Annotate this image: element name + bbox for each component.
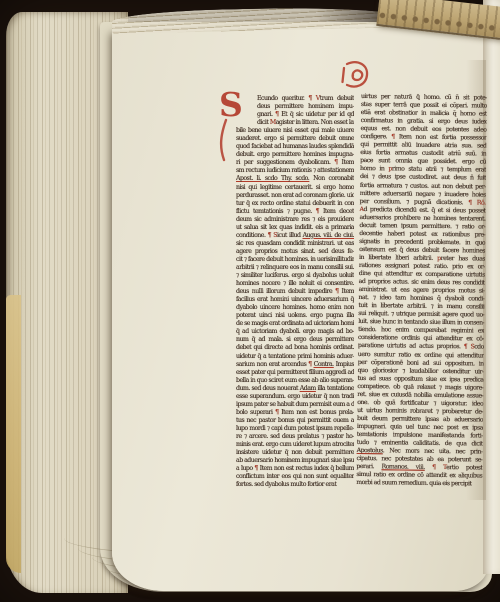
- text-line: quod faciebat ad humanas laudes splendid…: [236, 143, 354, 151]
- text-line: ⁊ similiter luciferus. ergo si dyabolus …: [236, 272, 354, 280]
- text-line: insistere uidetur q̄ non debuit permitte…: [236, 449, 354, 457]
- text-line: minis erat. ergo cum uideret lupum atroc…: [236, 441, 354, 449]
- text-line: re ⁊ arcere. sed deus prelatus ⁊ pastor …: [236, 433, 354, 441]
- text-line: deus nulli illorum debuit impedire ¶ Ite…: [236, 288, 354, 296]
- text-line: sm rectum iudicium rationis ⁊ attestatio…: [236, 167, 354, 175]
- text-line: dyabolo uincere homines. homo enim non: [236, 304, 354, 312]
- text-line: ab aduersario hominem impugnari siue ips…: [236, 457, 354, 465]
- text-line: a lupo ¶ Item non est rectus iudex q̄ be…: [236, 465, 354, 473]
- text-line: bella in quo sciret eum esse ab alio sup…: [236, 377, 354, 385]
- text-line: lupo mordi ⁊ capi dum potest ipsum repel…: [236, 425, 354, 433]
- text-line: fortes. sed dyabolus multo fortior erat: [236, 481, 354, 489]
- text-line: perdurasset. non erat ad coronam glorie.…: [236, 192, 354, 200]
- text-line: ri per suggestionem dyabolicam. ¶ Item: [236, 159, 354, 167]
- text-line: poterat uinci nisi uolens. ergo pugna il…: [236, 312, 354, 320]
- text-line: debuit. ergo permittere homines impugna-: [236, 151, 354, 159]
- text-line: cit ⁊ facere debuit homines. in uerisimi…: [236, 256, 354, 264]
- text-line: bolo superari ¶ Item non est bonus prela…: [236, 409, 354, 417]
- text-line: debet qui directe ad bona hominis ordina…: [236, 344, 354, 352]
- text-line: tur q̄ ex recto ordine statui debuerit i…: [236, 200, 354, 208]
- text-line: deus permittere hominem impu-: [236, 103, 354, 111]
- text-line: dum. sed deus nouerat Adam illa tentatio…: [236, 385, 354, 393]
- text-column-left: Ecundo queritur. ¶ Vtrum debuitdeus perm…: [236, 95, 354, 493]
- text-line: dicit Magister in littera. Non esset lau…: [236, 119, 354, 127]
- text-line: conditione. ¶ Sicut illud Augus. viii. d…: [236, 232, 354, 240]
- text-line: bile bene uiuere nisi esset qui male uiu…: [236, 127, 354, 135]
- text-line: uidetur q̄ a tentatione primi hominis ad…: [236, 353, 354, 361]
- text-line: Apost. li. scdo Thy. scdo. Non coronabit: [236, 175, 354, 183]
- text-line: ipsum pater se habuit dum permisit eum a…: [236, 401, 354, 409]
- text-line: arbitrii ⁊ relinquere eos in manu consil…: [236, 264, 354, 272]
- text-line: de se magis erat ordinata ad uictoriam h…: [236, 320, 354, 328]
- text-line: esse superandum. ergo uidetur q̄ non tra…: [236, 393, 354, 401]
- text-line: ut salua sit lex quas indidit. eis a pri…: [236, 224, 354, 232]
- text-line: q̄ ad uictoriam dyaboli. ergo magis ad b…: [236, 328, 354, 336]
- text-line: homines nocere ⁊ ille noluit ei consenti…: [236, 280, 354, 288]
- text-line: tus nec pastor bonus qui permittit ouem …: [236, 417, 354, 425]
- text-line: agere proprios motus sinat. sed deus fe-: [236, 248, 354, 256]
- text-line: nisi qui legitime certauerit. si ergo ho…: [236, 184, 354, 192]
- text-line: suaderet. ergo si permittere debuit omne: [236, 135, 354, 143]
- text-line: gnari. ¶ Et q̄ sic uidetur per id qd: [236, 111, 354, 119]
- red-folio-mark-icon: [335, 56, 375, 96]
- text-line: facilius erat homini uincere aduersarium…: [236, 296, 354, 304]
- text-line: flictu temtationis ⁊ pugne. ¶ Item decet: [236, 208, 354, 216]
- text-line: esset pater qui permitteret filium aggre…: [236, 369, 354, 377]
- text-line: Ecundo queritur. ¶ Vtrum debuit: [236, 95, 354, 103]
- text-line: sarium non erat arcendus ¶ Contra. Impiu…: [236, 361, 354, 369]
- text-line: morbi ad suum remedium. quia eis percipi…: [356, 479, 482, 489]
- vellum-cover-strip: [6, 295, 21, 573]
- text-line: deum sic administrare res ⁊ eis prouider…: [236, 216, 354, 224]
- book-photo: S Ecundo queritur. ¶ Vtrum debuitdeus pe…: [0, 0, 500, 602]
- text-line: sic res quasdam condidit ministrari. ut …: [236, 240, 354, 248]
- text-line: conflictum inter eos qui non sunt equali…: [236, 473, 354, 481]
- text-column-right: uirtus per naturā q̄ homo. cū n̄ sit pot…: [356, 93, 487, 495]
- text-line: num q̄ ad mala. si ergo deus permittere: [236, 336, 354, 344]
